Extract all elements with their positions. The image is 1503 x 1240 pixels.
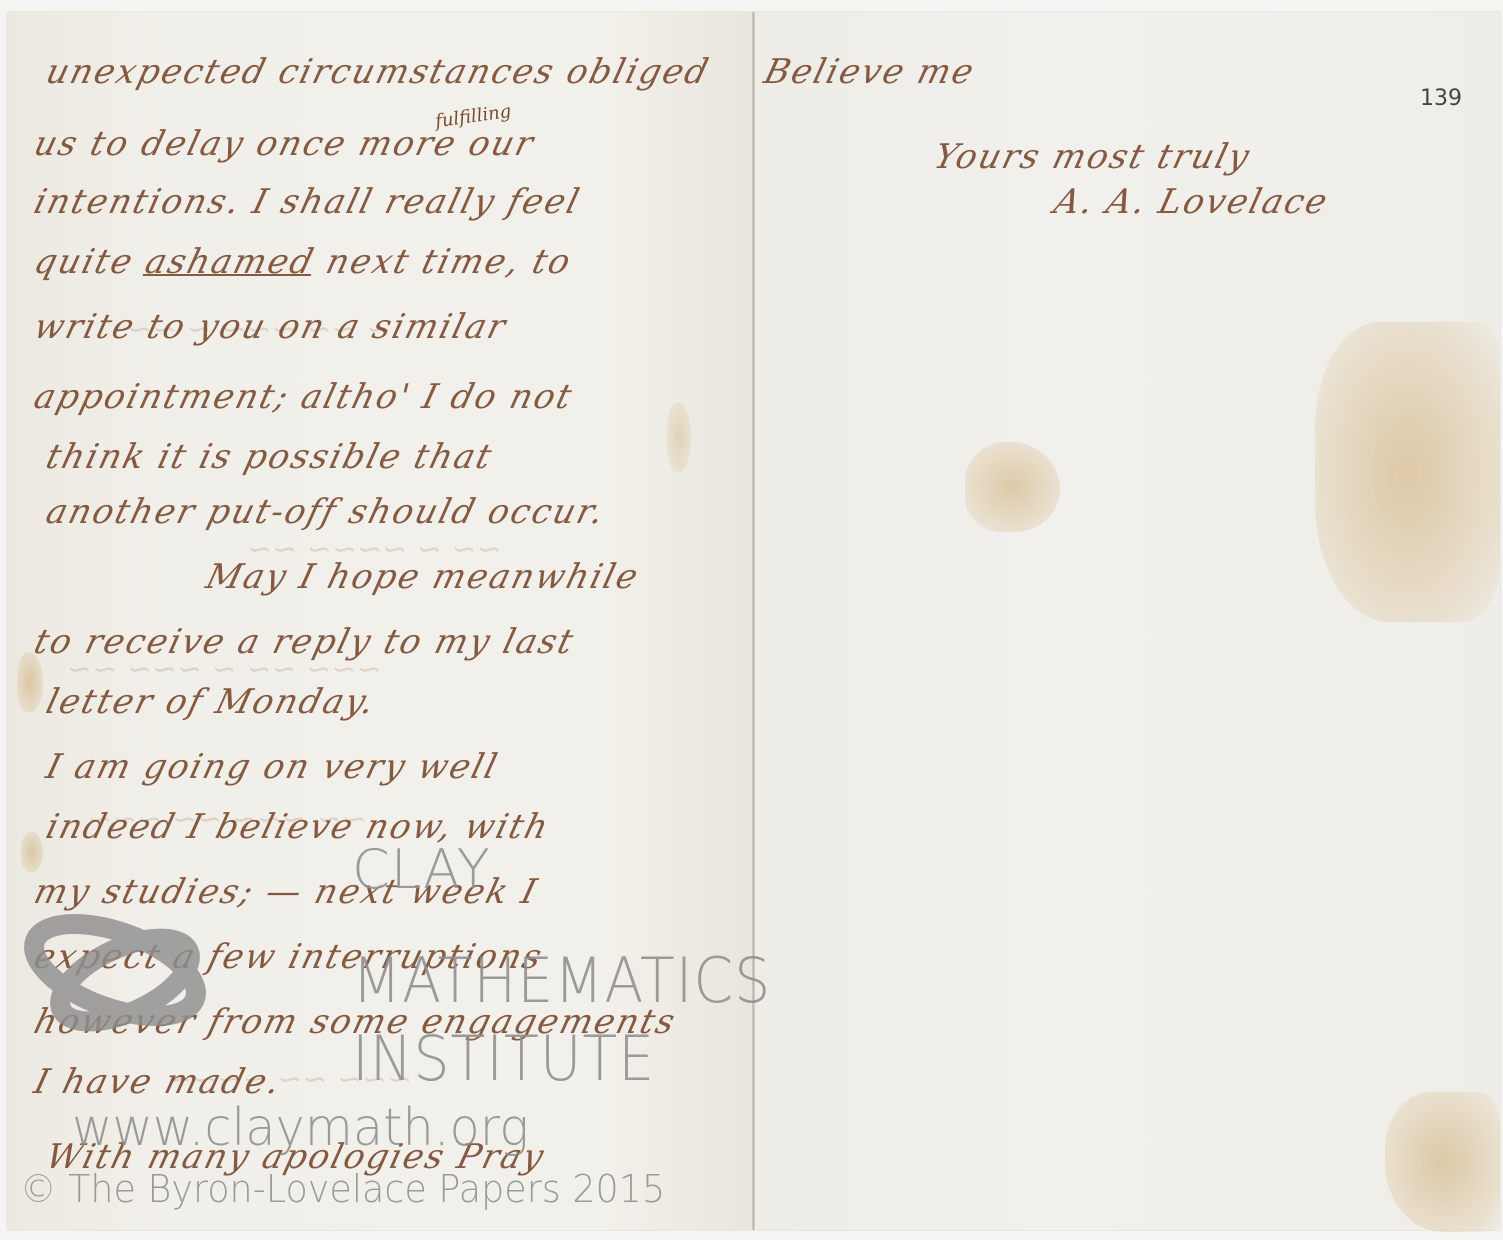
underlined-word: ashamed — [141, 242, 319, 282]
water-stain — [1315, 322, 1500, 622]
letter-line-10: to receive a reply to my last — [30, 622, 579, 662]
letter-line-3: intentions. I shall really feel — [30, 182, 585, 222]
watermark-clay: CLAY — [352, 838, 491, 901]
watermark-institute: INSTITUTE — [352, 1022, 655, 1095]
letter-line-1: unexpected circumstances obliged — [42, 52, 714, 92]
letter-line-6: appointment; altho' I do not — [30, 377, 578, 417]
letter-line-7: think it is possible that — [42, 437, 497, 477]
right-page: 139 Believe me Yours most truly A. A. Lo… — [755, 12, 1500, 1230]
letter-line-11: letter of Monday. — [42, 682, 380, 722]
letter-line-4: quite ashamed next time, to — [30, 242, 576, 282]
letter-line-12: I am going on very well — [42, 747, 503, 787]
watermark-mathematics: MATHEMATICS — [352, 944, 771, 1017]
water-stain — [1385, 1092, 1500, 1232]
folio-number: 139 — [1420, 86, 1462, 111]
water-stain — [21, 832, 43, 872]
water-stain — [965, 442, 1060, 532]
letter-line-9: May I hope meanwhile — [202, 557, 644, 597]
letter-line-5: write to you on a similar — [30, 307, 511, 347]
valediction: Yours most truly — [930, 137, 1255, 177]
water-stain — [667, 402, 691, 472]
watermark-copyright: © The Byron-Lovelace Papers 2015 — [20, 1167, 665, 1211]
letter-line-17: I have made. — [30, 1062, 286, 1102]
watermark-url: www.claymath.org — [72, 1098, 529, 1158]
letter-line-2: us to delay once more our — [30, 124, 539, 164]
closing-line: Believe me — [760, 52, 979, 92]
letter-line-8: another put-off should occur. — [42, 492, 610, 532]
signature: A. A. Lovelace — [1050, 182, 1333, 222]
knot-logo-icon — [20, 895, 240, 1055]
